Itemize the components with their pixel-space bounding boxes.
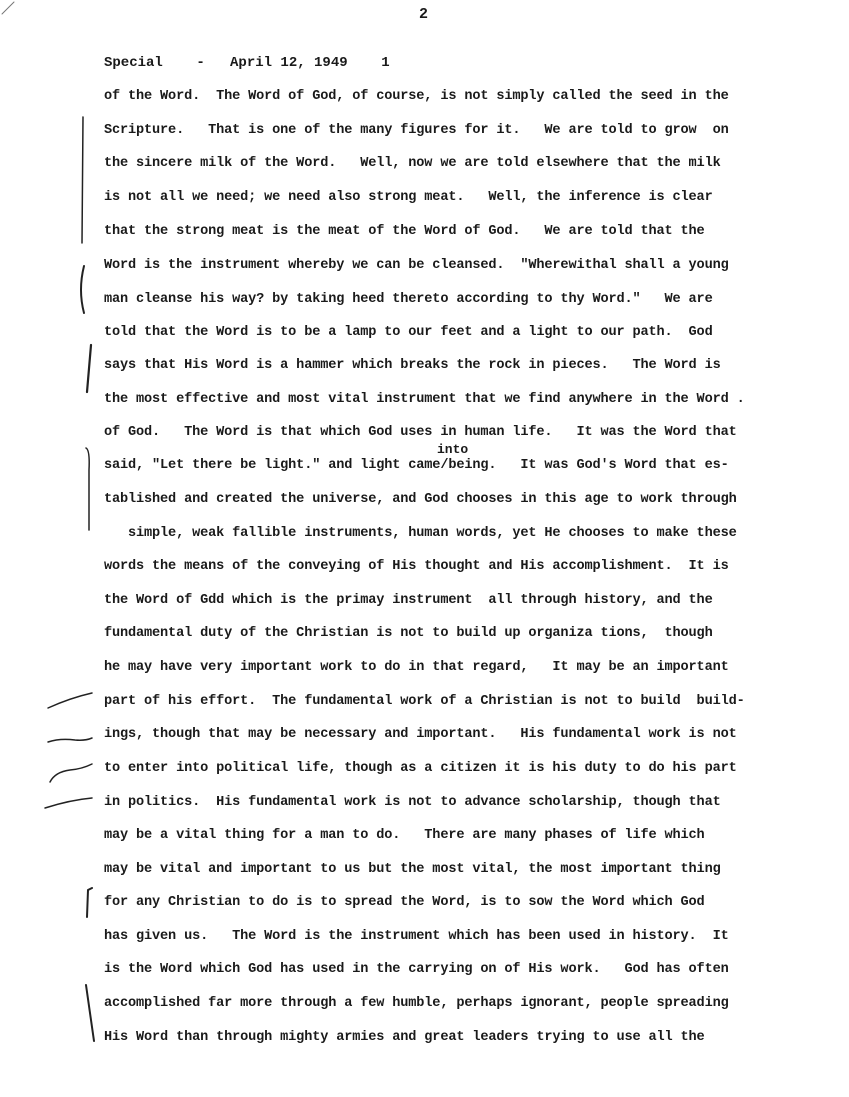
margin-mark-icon (0, 0, 849, 1097)
